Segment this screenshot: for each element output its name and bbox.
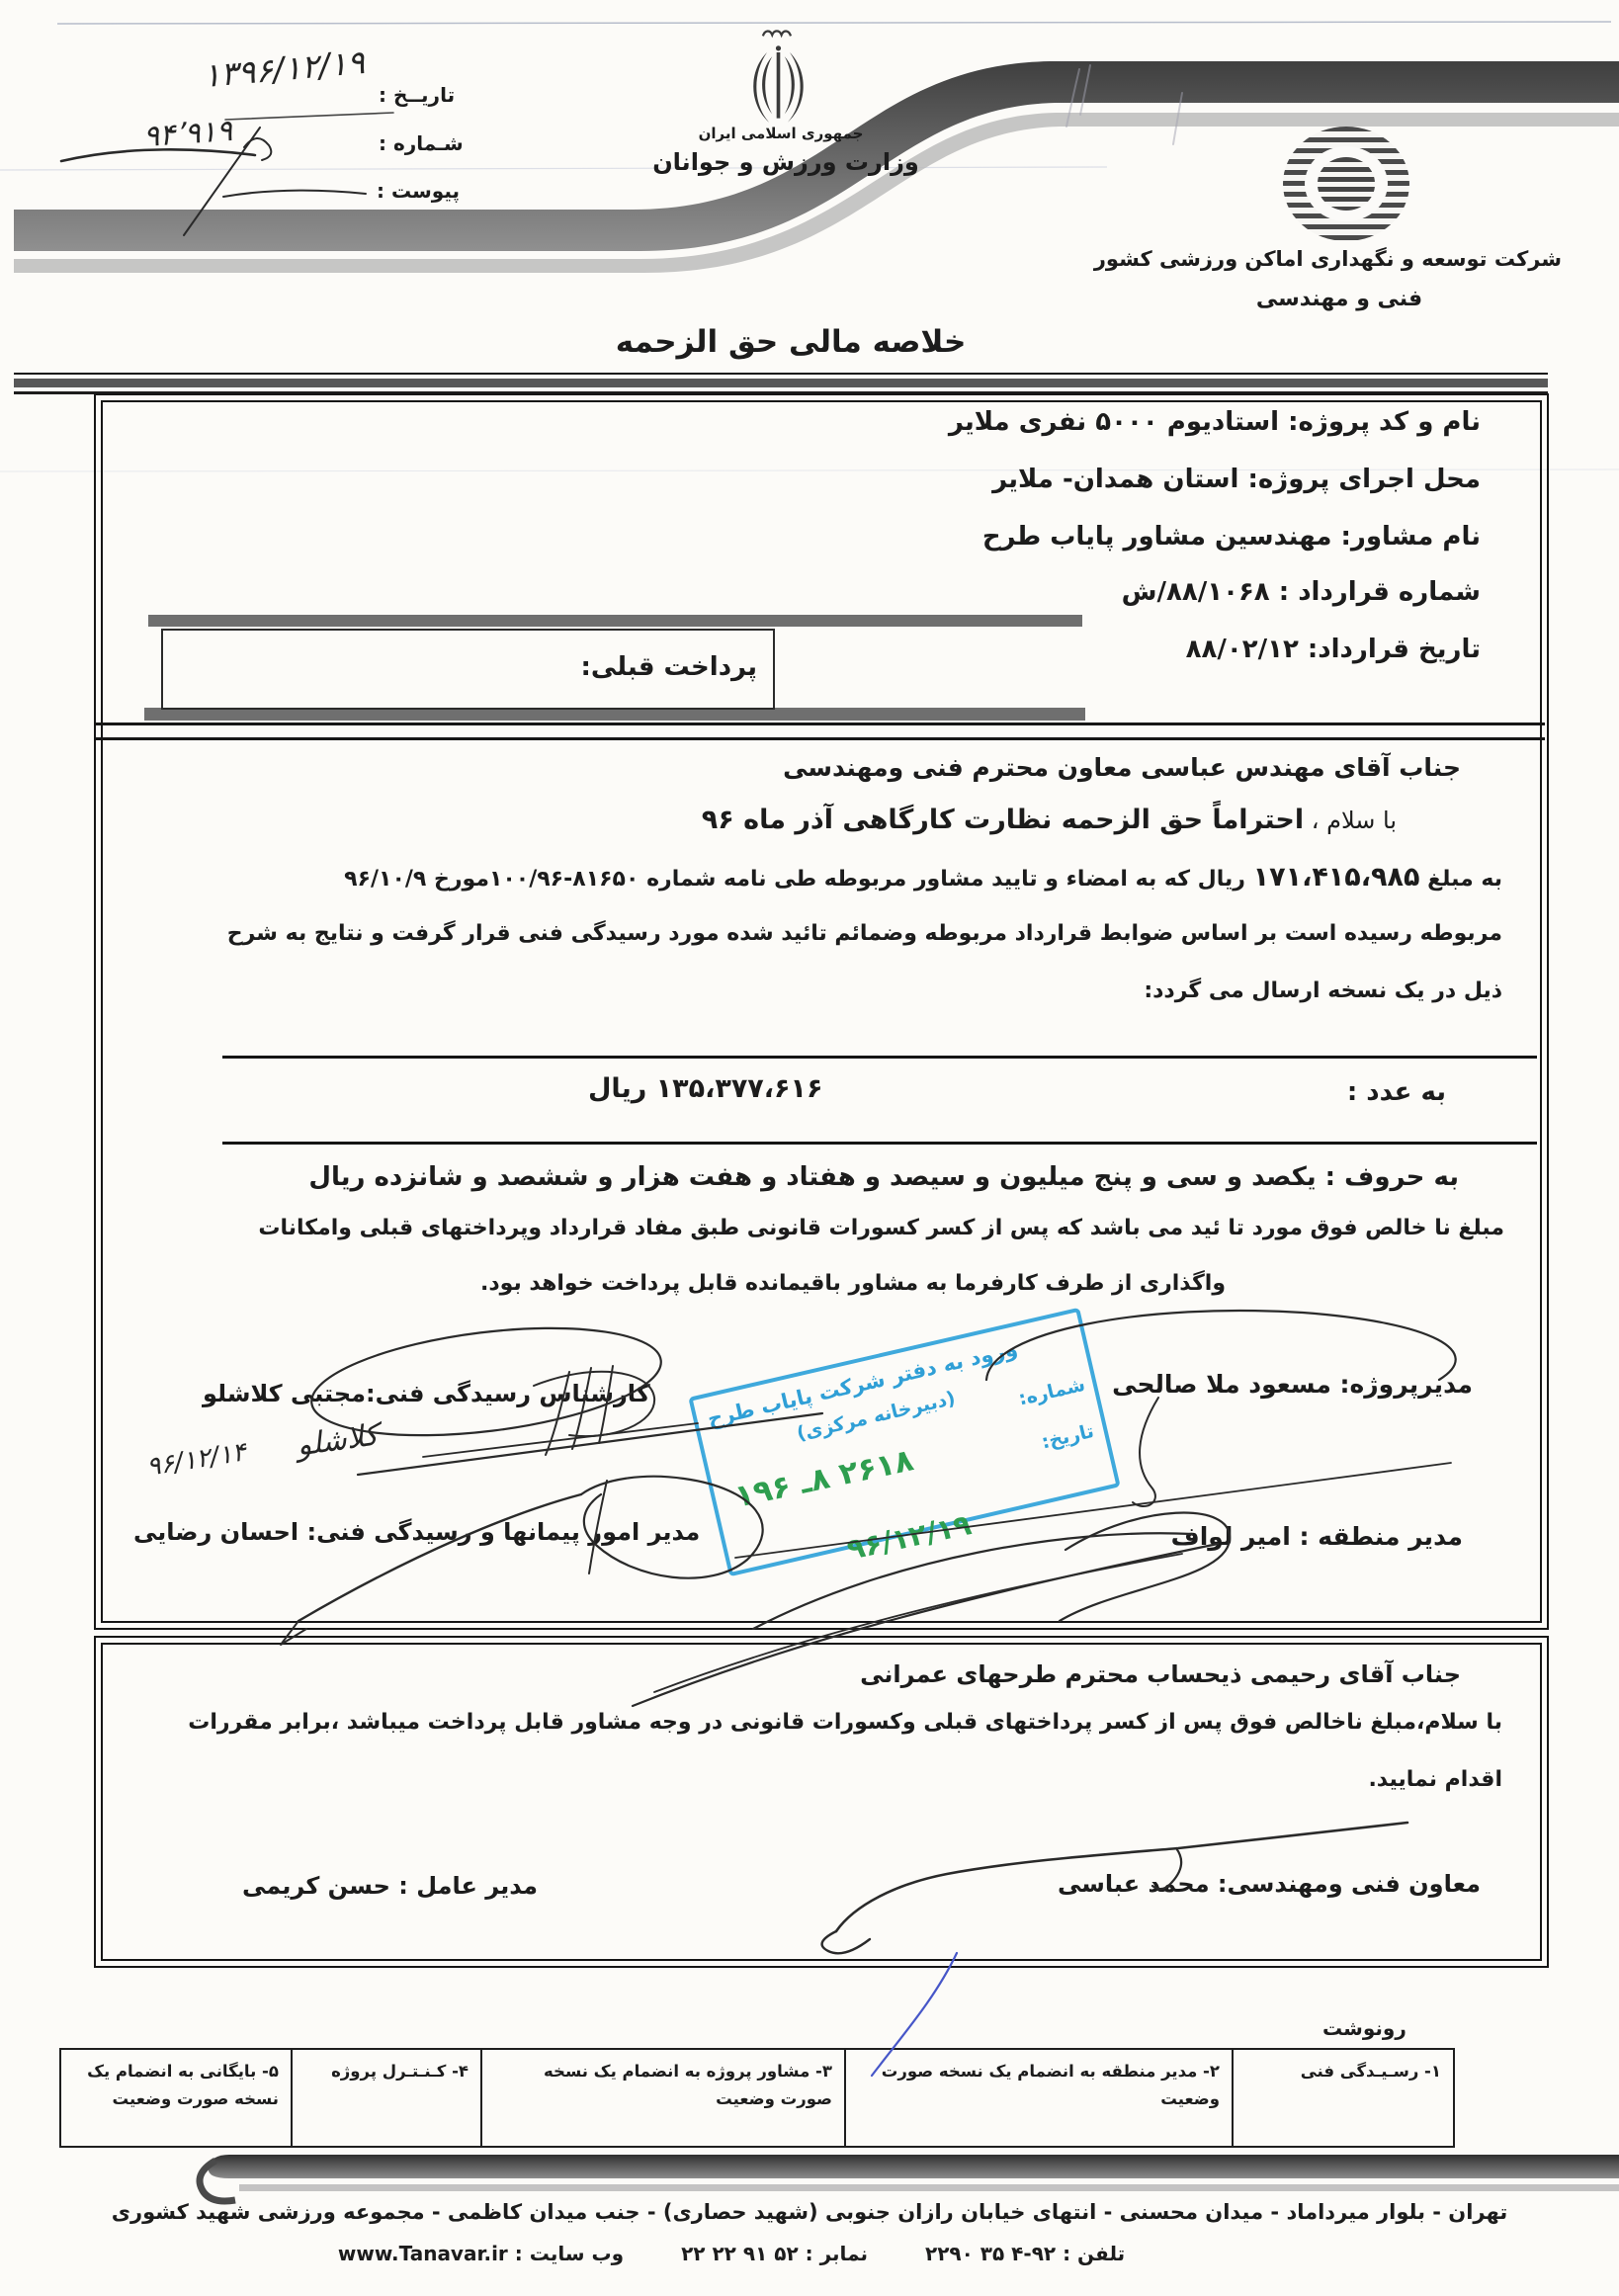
region-manager-title: مدیر منطقه : امیر لواف — [1171, 1522, 1463, 1551]
amount-in-words-line: به حروف : یکصد و سی و پنج میلیون و سیصد … — [308, 1162, 1459, 1192]
phone-label: تلفن : — [1063, 2242, 1125, 2265]
letter-body-line2: مربوطه رسیده است بر اساس ضوابط قرارداد م… — [227, 921, 1502, 946]
previous-payment-label: پرداخت قبلی: — [581, 652, 757, 682]
number-handwritten-value: ۹۴٬۹۱۹ — [142, 114, 233, 154]
approval-body-line1: با سلام،مبلغ ناخالص فوق پس از کسر پرداخت… — [188, 1710, 1502, 1735]
ministry-name: وزارت ورزش و جوانان — [638, 148, 934, 176]
letter-body-line3: ذیل در یک نسخه ارسال می گردد: — [1144, 978, 1502, 1003]
stamp-date-label: تاریخ: — [1040, 1420, 1096, 1454]
scanned-letter-page: تاریــخ : ۱۳۹۶/۱۲/۱۹ شـماره : ۹۴٬۹۱۹ پیو… — [0, 0, 1619, 2296]
page-title: خلاصه مالی حق الزحمه — [514, 324, 1067, 360]
approval-box — [101, 1643, 1542, 1961]
project-location-line: محل اجرای پروژه: استان همدان- ملایر — [992, 465, 1481, 494]
approval-addressee: جناب آقای رحیمی ذیحساب محترم طرحهای عمرا… — [860, 1660, 1461, 1688]
title-double-rule — [14, 373, 1548, 394]
cc-item-project-control: ۴- کـنـتـرل پروژه — [291, 2050, 480, 2146]
number-label: شـماره : — [379, 131, 464, 155]
date-label: تاریــخ : — [379, 83, 455, 107]
contracts-manager-title: مدیر امور پیمانها و رسیدگی فنی: احسان رض… — [133, 1518, 700, 1546]
project-manager-title: مدیرپروژه: مسعود ملا صالحی — [1112, 1370, 1473, 1399]
section-divider-rule — [94, 723, 1545, 740]
cc-item-region-manager: ۲- مدیر منطقه به انضمام یک نسخه صورت وضع… — [844, 2050, 1232, 2146]
fax-label: نمابر : — [806, 2242, 868, 2265]
website-value: www.Tanavar.ir — [338, 2242, 508, 2265]
footer-address: تهران - بلوار میرداماد - میدان محسنی - ا… — [89, 2200, 1530, 2224]
numeric-amount-box — [222, 1056, 1537, 1145]
letter-addressee: جناب آقای مهندس عباسی معاون محترم فنی وم… — [783, 753, 1461, 782]
cc-item-archive: ۵- بایگانی به انضمام یک نسخه صورت وضعیت — [61, 2050, 291, 2146]
project-name-line: نام و کد پروژه: استادیوم ۵۰۰۰ نفری ملایر — [949, 407, 1481, 437]
previous-payment-box: پرداخت قبلی: — [161, 629, 775, 710]
amount-prefix: به مبلغ — [1419, 867, 1502, 892]
contract-number-line: شماره قرارداد : ۸۸/۱۰۶۸/ش — [1122, 577, 1481, 607]
phone-value: ۹۲-۴ ۳۵ ۲۲۹۰ — [925, 2242, 1056, 2265]
deputy-signature-title: معاون فنی ومهندسی: محمد عباسی — [1058, 1870, 1481, 1898]
cc-item-technical-review: ۱- رسـیـدگی فنی — [1232, 2050, 1453, 2146]
iran-emblem-icon — [726, 28, 830, 127]
letter-note-line1: مبلغ نا خالص فوق مورد تا ئید می باشد که … — [258, 1216, 1504, 1240]
cc-distribution-table: ۱- رسـیـدگی فنی ۲- مدیر منطقه به انضمام … — [59, 2048, 1455, 2148]
letter-amount-sentence: به مبلغ ۱۷۱،۴۱۵،۹۸۵ ریال که به امضاء و ت… — [344, 862, 1502, 893]
amount-suffix: ریال که به امضاء و تایید مشاور مربوطه طی… — [344, 867, 1253, 892]
contract-date-line: تاریخ قرارداد: ۸۸/۰۲/۱۲ — [1186, 635, 1481, 664]
fax-value: ۵۲ ۹۱ ۲۲ ۲۲ — [681, 2242, 799, 2265]
approval-body-line2: اقدام نمایید. — [1368, 1767, 1502, 1792]
numeric-amount-value: ۱۳۵،۳۷۷،۶۱۶ ریال — [588, 1073, 823, 1104]
website-label: وب سایت : — [515, 2242, 624, 2265]
review-expert-title: کارشناس رسیدگی فنی:مجتبی کلاشلو — [203, 1380, 650, 1407]
letter-subject: احتراماً حق الزحمه نظارت کارگاهی آذر ماه… — [702, 805, 1304, 835]
date-handwritten-value: ۱۳۹۶/۱۲/۱۹ — [202, 43, 367, 95]
cc-title: رونوشت — [1322, 2016, 1406, 2040]
project-consultant-line: نام مشاور: مهندسین مشاور پایاب طرح — [982, 522, 1481, 552]
company-logo-icon — [1283, 127, 1409, 241]
stamp-number-label: شماره: — [1016, 1374, 1087, 1410]
footer-contacts: تلفن : ۹۲-۴ ۳۵ ۲۲۹۰ نمابر : ۵۲ ۹۱ ۲۲ ۲۲ … — [158, 2242, 1305, 2265]
letter-note-line2: واگذاری از طرف کارفرما به مشاور باقیماند… — [480, 1271, 1226, 1296]
managing-director-title: مدیر عامل : حسن کریمی — [242, 1872, 538, 1900]
cc-item-project-consultant: ۳- مشاور پروژه به انضمام یک نسخه صورت وض… — [480, 2050, 844, 2146]
numeric-amount-label: به عدد : — [1347, 1077, 1446, 1107]
emblem-caption: جمهوری اسلامی ایران — [687, 125, 875, 142]
attachment-label: پیوست : — [377, 179, 460, 203]
letter-salutation: با سلام ، — [1304, 807, 1397, 834]
gross-amount-value: ۱۷۱،۴۱۵،۹۸۵ — [1253, 862, 1420, 893]
company-name-line1: شرکت توسعه و نگهداری اماکن ورزشی کشور — [1107, 247, 1562, 271]
logo-striped-core — [1318, 157, 1376, 210]
company-name-line2: فنی و مهندسی — [1231, 287, 1448, 311]
